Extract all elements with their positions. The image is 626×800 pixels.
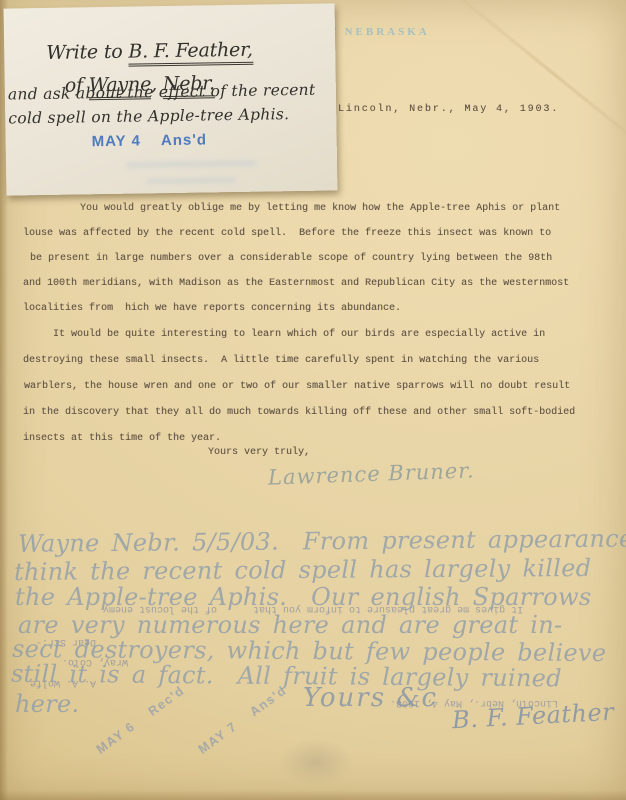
reply-line: the Apple-tree Aphis. Our english Sparro… [15,583,591,611]
bruner-signature: Lawrence Bruner. [268,458,475,489]
body-line: You would greatly oblige me by letting m… [80,203,560,214]
scanned-letter-page: OF NEBRASKA Lincoln, Nebr., May 4, 1903.… [0,0,626,800]
reply-line: Wayne Nebr. 5/5/03. From present appeara… [18,524,626,558]
received-stamp: MAY 6 Rec'd [94,683,187,756]
bleedthrough-mark [146,177,236,184]
body-line: insects at this time of the year. [23,433,221,444]
letter-closing: Yours very truly, [208,447,310,458]
note-line-3: and ask about the effect of the recent [8,81,316,104]
bleedthrough-mark [126,160,256,169]
body-line: warblers, the house wren and one or two … [24,381,570,392]
note-line-4: cold spell on the Apple-tree Aphis. [8,105,289,127]
body-line: localities from hich we have reports con… [23,303,401,314]
letter-dateline: Lincoln, Nebr., May 4, 1903. [338,104,559,115]
body-line: destroying these small insects. A little… [23,355,539,366]
body-line: louse was affected by the recent cold sp… [23,228,551,239]
body-line: It would be quite interesting to learn w… [53,329,545,340]
body-line: be present in large numbers over a consi… [30,253,552,264]
smudge-mark [278,738,354,786]
answered-stamp: MAY 7 Ans'd [196,683,290,756]
reply-line: still it is a fact. All fruit is largely… [11,660,562,693]
reply-line: here. [15,690,79,718]
body-line: and 100th meridians, with Madison as the… [23,278,569,289]
fold-crease [431,0,626,177]
page-bottom-edge [0,790,626,800]
reply-line: think the recent cold spell has largely … [14,554,592,586]
may4-answered-stamp: MAY 4 Ans'd [92,131,208,150]
reply-closing: Yours &c [303,683,438,713]
attached-note: Write to B. F. Feather, of Wayne, Nebr. … [4,3,338,195]
body-line: in the discovery that they all do much t… [23,407,575,418]
